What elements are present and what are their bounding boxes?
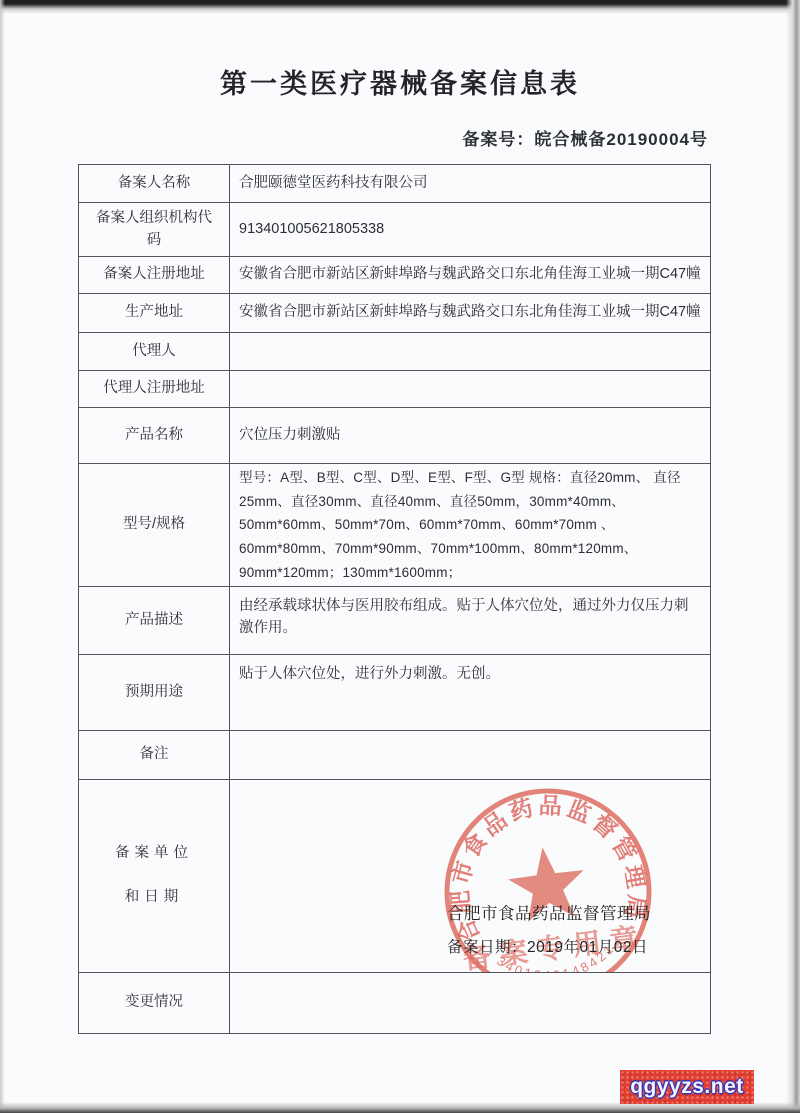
table-row-filing-unit-date: 备案单位 和日期 合肥市食品药品监督管理局 备案专用章 340 bbox=[79, 780, 711, 973]
row-label: 生产地址 bbox=[79, 294, 230, 333]
row-value bbox=[230, 731, 711, 780]
row-value: 913401005621805338 bbox=[230, 203, 711, 257]
table-row-agent-address: 代理人注册地址 bbox=[79, 371, 711, 408]
filing-authority: 合肥市食品药品监督管理局 bbox=[447, 902, 711, 927]
table-row-product-name: 产品名称 穴位压力刺激贴 bbox=[79, 408, 711, 464]
row-value: 贴于人体穴位处，进行外力刺激。无创。 bbox=[230, 655, 711, 731]
table-row-production-address: 生产地址 安徽省合肥市新站区新蚌埠路与魏武路交口东北角佳海工业城一期C47幢 bbox=[79, 294, 711, 333]
row-label: 备案人名称 bbox=[79, 165, 230, 203]
scan-edge-left bbox=[0, 0, 5, 1113]
filing-date: 备案日期：2019年01月02日 bbox=[447, 936, 711, 959]
table-row-remarks: 备注 bbox=[79, 731, 711, 780]
filing-unit-label-line2: 和日期 bbox=[89, 887, 219, 909]
row-label: 备案人组织机构代码 bbox=[79, 203, 230, 257]
filing-number: 备案号：皖合械备20190004号 bbox=[78, 125, 708, 150]
site-watermark: qgyyzs.net bbox=[620, 1070, 754, 1104]
row-label: 备案人注册地址 bbox=[79, 257, 230, 294]
row-label: 代理人注册地址 bbox=[79, 371, 230, 408]
scanned-document-page: { "page": { "title": "第一类医疗器械备案信息表", "fi… bbox=[0, 0, 800, 1113]
scan-edge-right bbox=[786, 0, 800, 1113]
page-title: 第一类医疗器械备案信息表 bbox=[0, 62, 800, 101]
row-value bbox=[230, 371, 711, 408]
row-value bbox=[230, 973, 711, 1034]
table-row-agent: 代理人 bbox=[79, 333, 711, 371]
row-label: 型号/规格 bbox=[79, 464, 230, 587]
table-row-intended-use: 预期用途 贴于人体穴位处，进行外力刺激。无创。 bbox=[79, 655, 711, 731]
row-value: 由经承载球状体与医用胶布组成。贴于人体穴位处，通过外力仅压力刺激作用。 bbox=[230, 587, 711, 655]
row-value: 安徽省合肥市新站区新蚌埠路与魏武路交口东北角佳海工业城一期C47幢 bbox=[230, 294, 711, 333]
row-value bbox=[230, 333, 711, 371]
scan-edge-top bbox=[0, 0, 800, 14]
table-row-registered-address: 备案人注册地址 安徽省合肥市新站区新蚌埠路与魏武路交口东北角佳海工业城一期C47… bbox=[79, 257, 711, 294]
filing-unit-text: 合肥市食品药品监督管理局 备案日期：2019年01月02日 bbox=[447, 902, 711, 959]
row-label: 备注 bbox=[79, 731, 230, 780]
row-label: 产品描述 bbox=[79, 587, 230, 655]
row-value: 合肥颐德堂医药科技有限公司 bbox=[230, 165, 711, 203]
table-row-applicant-name: 备案人名称 合肥颐德堂医药科技有限公司 bbox=[79, 165, 711, 203]
row-label: 产品名称 bbox=[79, 408, 230, 464]
filing-unit-cell: 合肥市食品药品监督管理局 备案专用章 3401040148421 合肥市食品药品… bbox=[230, 780, 711, 973]
row-value: 穴位压力刺激贴 bbox=[230, 408, 711, 464]
table-row-product-description: 产品描述 由经承载球状体与医用胶布组成。贴于人体穴位处，通过外力仅压力刺激作用。 bbox=[79, 587, 711, 655]
row-label: 备案单位 和日期 bbox=[79, 780, 230, 973]
table-row-model-spec: 型号/规格 型号：A型、B型、C型、D型、E型、F型、G型 规格：直径20mm、… bbox=[79, 464, 711, 587]
site-watermark-text: qgyyzs.net bbox=[630, 1075, 744, 1099]
row-label: 变更情况 bbox=[79, 973, 230, 1034]
table-row-change-status: 变更情况 bbox=[79, 973, 711, 1034]
filing-table: 备案人名称 合肥颐德堂医药科技有限公司 备案人组织机构代码 9134010056… bbox=[78, 164, 711, 1034]
row-value: 安徽省合肥市新站区新蚌埠路与魏武路交口东北角佳海工业城一期C47幢 bbox=[230, 257, 711, 294]
table-row-org-code: 备案人组织机构代码 913401005621805338 bbox=[79, 203, 711, 257]
row-value: 型号：A型、B型、C型、D型、E型、F型、G型 规格：直径20mm、 直径25m… bbox=[230, 464, 711, 587]
filing-unit-label-line1: 备案单位 bbox=[89, 843, 219, 865]
row-label: 代理人 bbox=[79, 333, 230, 371]
row-label: 预期用途 bbox=[79, 655, 230, 731]
